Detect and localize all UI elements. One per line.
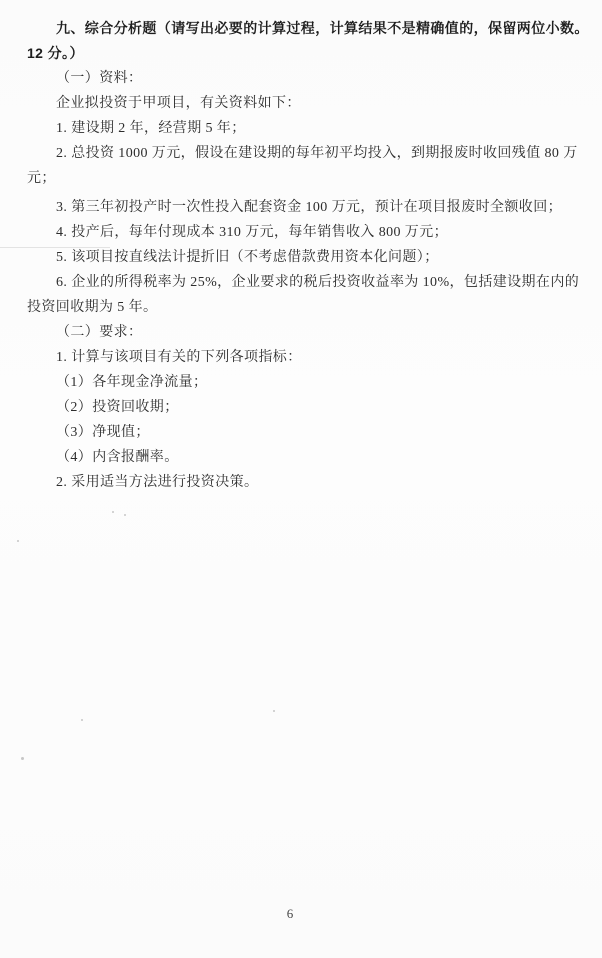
requirement-2: 2. 采用适当方法进行投资决策。 [27,470,578,495]
materials-section-label: （一）资料： [27,66,578,91]
requirement-1-sub-1: （1）各年现金净流量； [27,370,578,395]
requirement-1-sub-3: （3）净现值； [27,420,578,445]
page-number: 6 [0,903,580,925]
question-heading-line-1: 九、综合分析题（请写出必要的计算过程，计算结果不是精确值的，保留两位小数。 [27,16,578,41]
question-body: 九、综合分析题（请写出必要的计算过程，计算结果不是精确值的，保留两位小数。 12… [27,16,578,495]
scanned-exam-page: 九、综合分析题（请写出必要的计算过程，计算结果不是精确值的，保留两位小数。 12… [0,0,602,958]
requirements-section-label: （二）要求： [27,320,578,345]
scan-speck [17,540,19,542]
requirement-1-sub-2: （2）投资回收期； [27,395,578,420]
materials-intro: 企业拟投资于甲项目，有关资料如下： [27,91,578,116]
materials-item-5: 5. 该项目按直线法计提折旧（不考虑借款费用资本化问题）； [27,245,578,270]
materials-item-2-line-2: 元； [27,166,578,191]
question-heading-line-2: 12 分。） [27,41,578,66]
materials-item-4: 4. 投产后，每年付现成本 310 万元，每年销售收入 800 万元； [27,220,578,245]
scan-streak-artifact [0,247,110,248]
scan-speck [81,719,83,721]
scan-speck [124,514,126,516]
materials-item-2-line-1: 2. 总投资 1000 万元，假设在建设期的每年初平均投入，到期报废时收回残值 … [27,141,578,166]
requirement-1: 1. 计算与该项目有关的下列各项指标： [27,345,578,370]
materials-item-3: 3. 第三年初投产时一次性投入配套资金 100 万元，预计在项目报废时全额收回； [27,195,578,220]
materials-item-6-line-2: 投资回收期为 5 年。 [27,295,578,320]
requirement-1-sub-4: （4）内含报酬率。 [27,445,578,470]
materials-item-1: 1. 建设期 2 年，经营期 5 年； [27,116,578,141]
scan-speck [21,757,24,760]
scan-speck [112,511,114,513]
scan-speck [273,710,275,712]
materials-item-6-line-1: 6. 企业的所得税率为 25%，企业要求的税后投资收益率为 10%，包括建设期在… [27,270,578,295]
